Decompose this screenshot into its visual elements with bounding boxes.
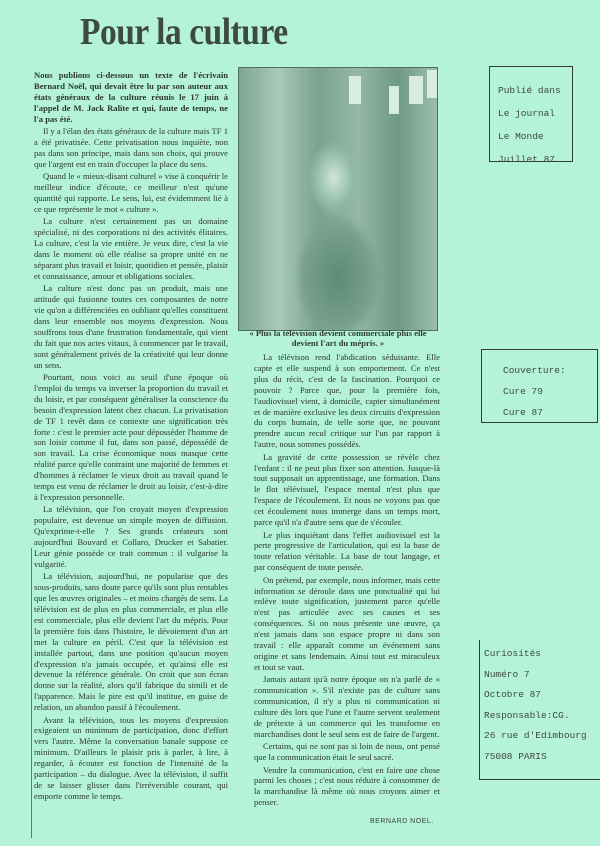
note-line: Publié dans [498, 79, 572, 102]
note-line: Le journal [498, 102, 572, 125]
paragraph: La culture n'est certainement pas un dom… [34, 216, 228, 281]
paragraph: Certains, qui ne sont pas si loin de nou… [254, 741, 440, 763]
note-line: Curiosités [484, 644, 600, 665]
window-shape [389, 86, 399, 114]
paragraph: La télévison rend l'abdication séduisant… [254, 352, 440, 450]
paragraph: Il y a l'élan des états généraux de la c… [34, 126, 228, 170]
middle-column: La télévison rend l'abdication séduisant… [254, 352, 440, 810]
paragraph: La télévision, aujourd'hui, ne popularis… [34, 571, 228, 713]
paragraph: Jamais autant qu'à notre époque on n'a p… [254, 674, 440, 739]
left-column: Nous publions ci-dessous un texte de l'é… [34, 70, 228, 803]
note-line: Cure 79 [503, 381, 597, 402]
paragraph: Vendre la communication, c'est en faire … [254, 765, 440, 809]
note-line: Cure 87 [503, 402, 597, 423]
note-line: Numéro 7 [484, 665, 600, 686]
article-intro: Nous publions ci-dessous un texte de l'é… [34, 70, 228, 125]
note-line: Le Monde [498, 125, 572, 148]
paragraph: La gravité de cette possession se révèle… [254, 452, 440, 528]
paragraph: La télévision, que l'on croyait moyen d'… [34, 504, 228, 569]
article-title: Pour la culture [80, 10, 288, 54]
window-shape [349, 76, 361, 104]
column-rule [31, 548, 32, 838]
cover-note: Couverture: Cure 79 Cure 87 [481, 349, 598, 423]
photo-credit: P. GARD [238, 300, 241, 320]
paragraph: Pourtant, nous voici au seuil d'une époq… [34, 372, 228, 503]
paragraph: La culture n'est donc pas un produit, ma… [34, 283, 228, 370]
portrait-photo: P. GARD [238, 67, 438, 331]
note-line: 75008 PARIS [484, 747, 600, 768]
note-line: 26 rue d'Edimbourg [484, 726, 600, 747]
note-line: Octobre 87 [484, 685, 600, 706]
window-shape [409, 76, 423, 104]
paragraph: Le plus inquiétant dans l'effet audiovis… [254, 530, 440, 574]
photo-caption: « Plus la télévision devient commerciale… [238, 328, 438, 348]
note-line: Couverture: [503, 360, 597, 381]
note-line: Juillet 87 [498, 148, 572, 171]
curiosites-note: Curiosités Numéro 7 Octobre 87 Responsab… [479, 640, 600, 780]
paragraph: Quand le « mieux-disant culturel » vise … [34, 171, 228, 215]
paragraph: On prétend, par exemple, nous informer, … [254, 575, 440, 673]
paragraph: Avant la télévision, tous les moyens d'e… [34, 715, 228, 802]
published-in-note: Publié dans Le journal Le Monde Juillet … [489, 66, 573, 162]
window-shape [427, 70, 437, 98]
note-line: Responsable:CG. [484, 706, 600, 727]
author-signature: BERNARD NOEL. [370, 818, 434, 825]
